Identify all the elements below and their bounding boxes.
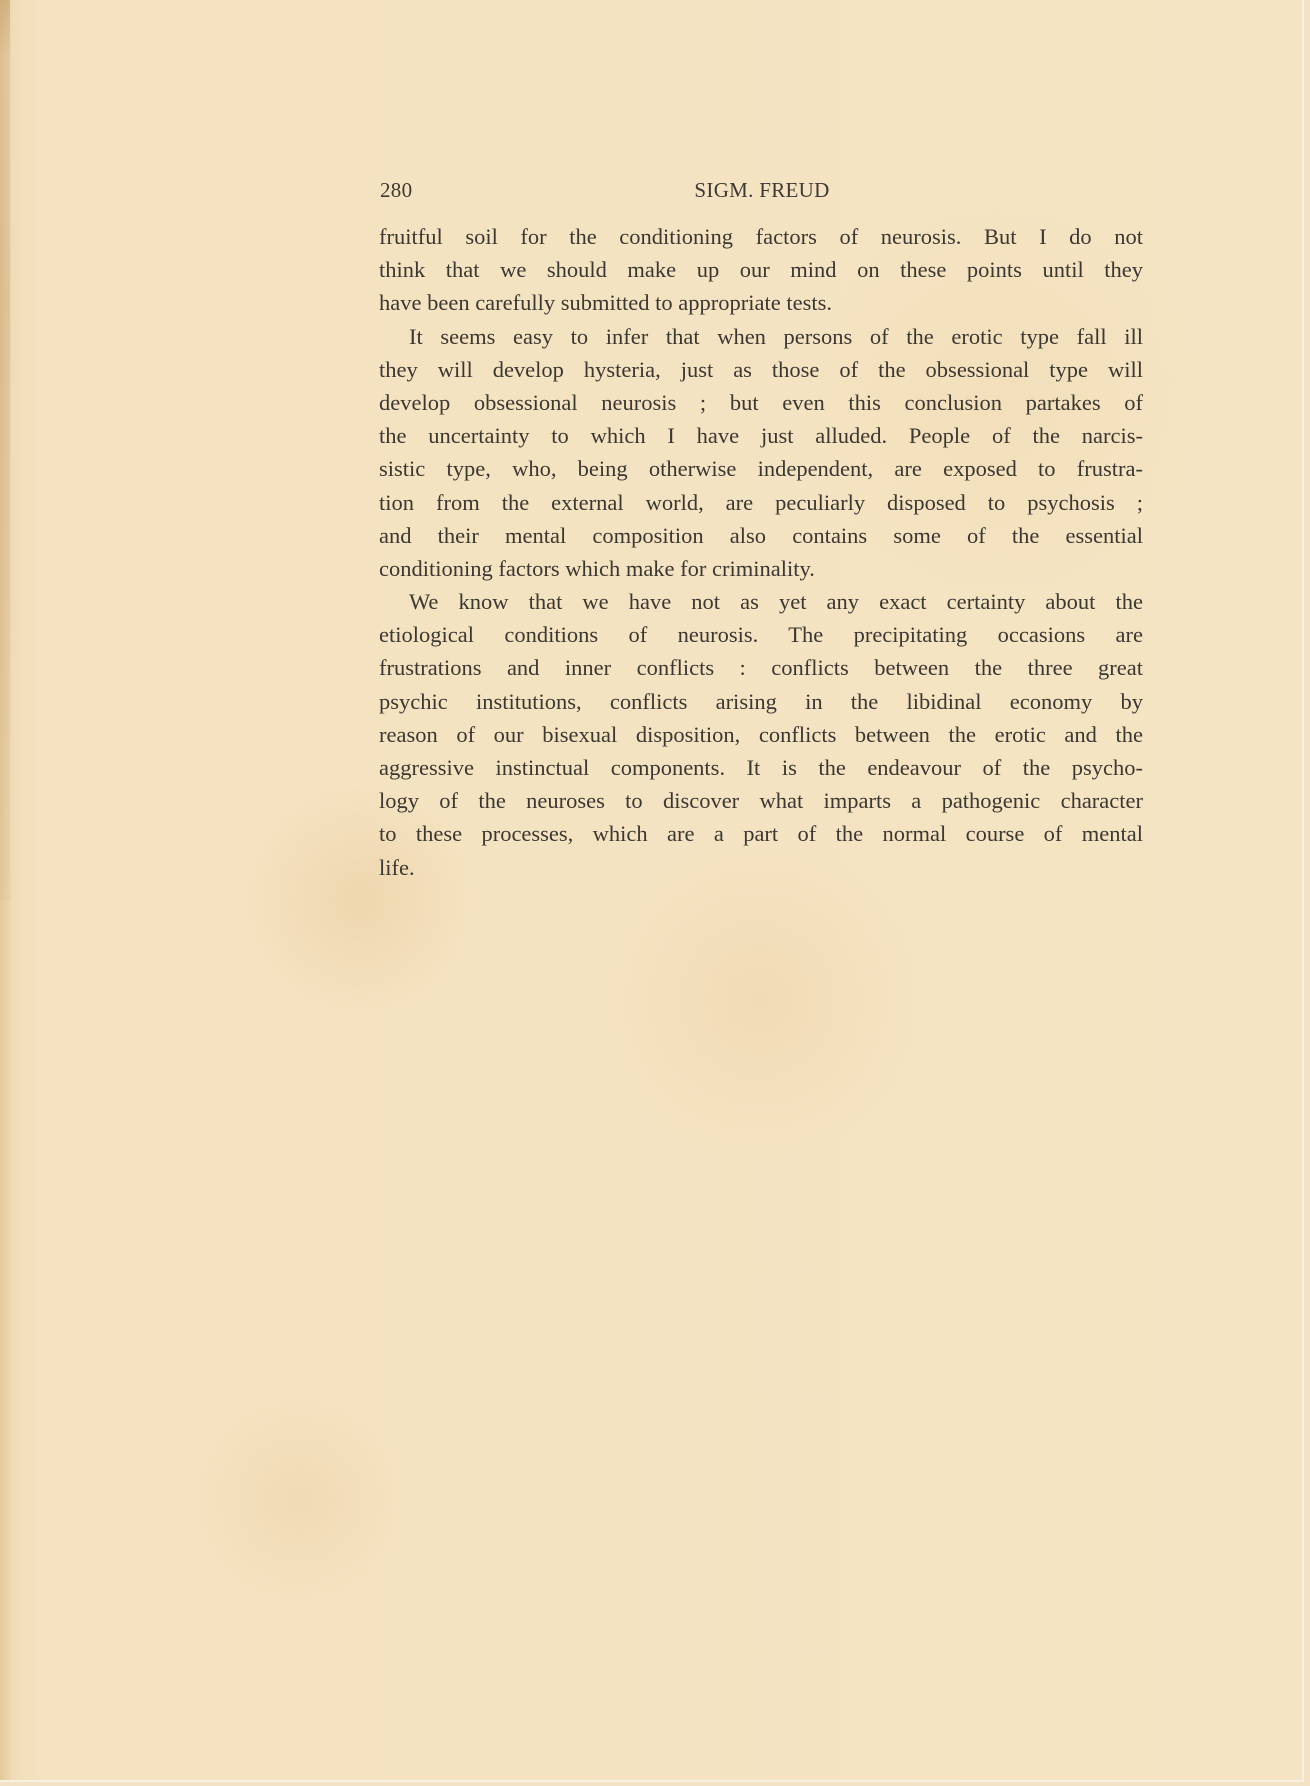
text-line: to these processes, which are a part of … bbox=[379, 817, 1143, 850]
text-line: tion from the external world, are peculi… bbox=[379, 486, 1143, 519]
text-line: life. bbox=[379, 851, 1143, 884]
text-line: aggressive instinctual components. It is… bbox=[379, 751, 1143, 784]
book-page: 280 SIGM. FREUD fruitful soil for the co… bbox=[0, 0, 1304, 1782]
text-line: they will develop hysteria, just as thos… bbox=[379, 353, 1143, 386]
running-head: 280 SIGM. FREUD bbox=[380, 178, 1144, 206]
body-text: fruitful soil for the conditioning facto… bbox=[379, 220, 1143, 884]
text-line: develop obsessional neurosis ; but even … bbox=[379, 386, 1143, 419]
page-edge-stain bbox=[0, 0, 10, 900]
text-line: It seems easy to infer that when persons… bbox=[379, 320, 1143, 353]
text-line: the uncertainty to which I have just all… bbox=[379, 419, 1143, 452]
text-line: reason of our bisexual disposition, conf… bbox=[379, 718, 1143, 751]
paragraph-1: fruitful soil for the conditioning facto… bbox=[379, 220, 1143, 320]
text-line: and their mental composition also contai… bbox=[379, 519, 1143, 552]
text-line: have been carefully submitted to appropr… bbox=[379, 286, 1143, 319]
paragraph-3: We know that we have not as yet any exac… bbox=[379, 585, 1143, 884]
text-line: We know that we have not as yet any exac… bbox=[379, 585, 1143, 618]
text-line: frustrations and inner conflicts : confl… bbox=[379, 651, 1143, 684]
text-line: psychic institutions, conflicts arising … bbox=[379, 685, 1143, 718]
text-line: etiological conditions of neurosis. The … bbox=[379, 618, 1143, 651]
text-line: think that we should make up our mind on… bbox=[379, 253, 1143, 286]
text-line: sistic type, who, being otherwise indepe… bbox=[379, 452, 1143, 485]
text-line: conditioning factors which make for crim… bbox=[379, 552, 1143, 585]
text-line: logy of the neuroses to discover what im… bbox=[379, 784, 1143, 817]
running-title: SIGM. FREUD bbox=[380, 178, 1144, 203]
text-line: fruitful soil for the conditioning facto… bbox=[379, 220, 1143, 253]
paragraph-2: It seems easy to infer that when persons… bbox=[379, 320, 1143, 586]
